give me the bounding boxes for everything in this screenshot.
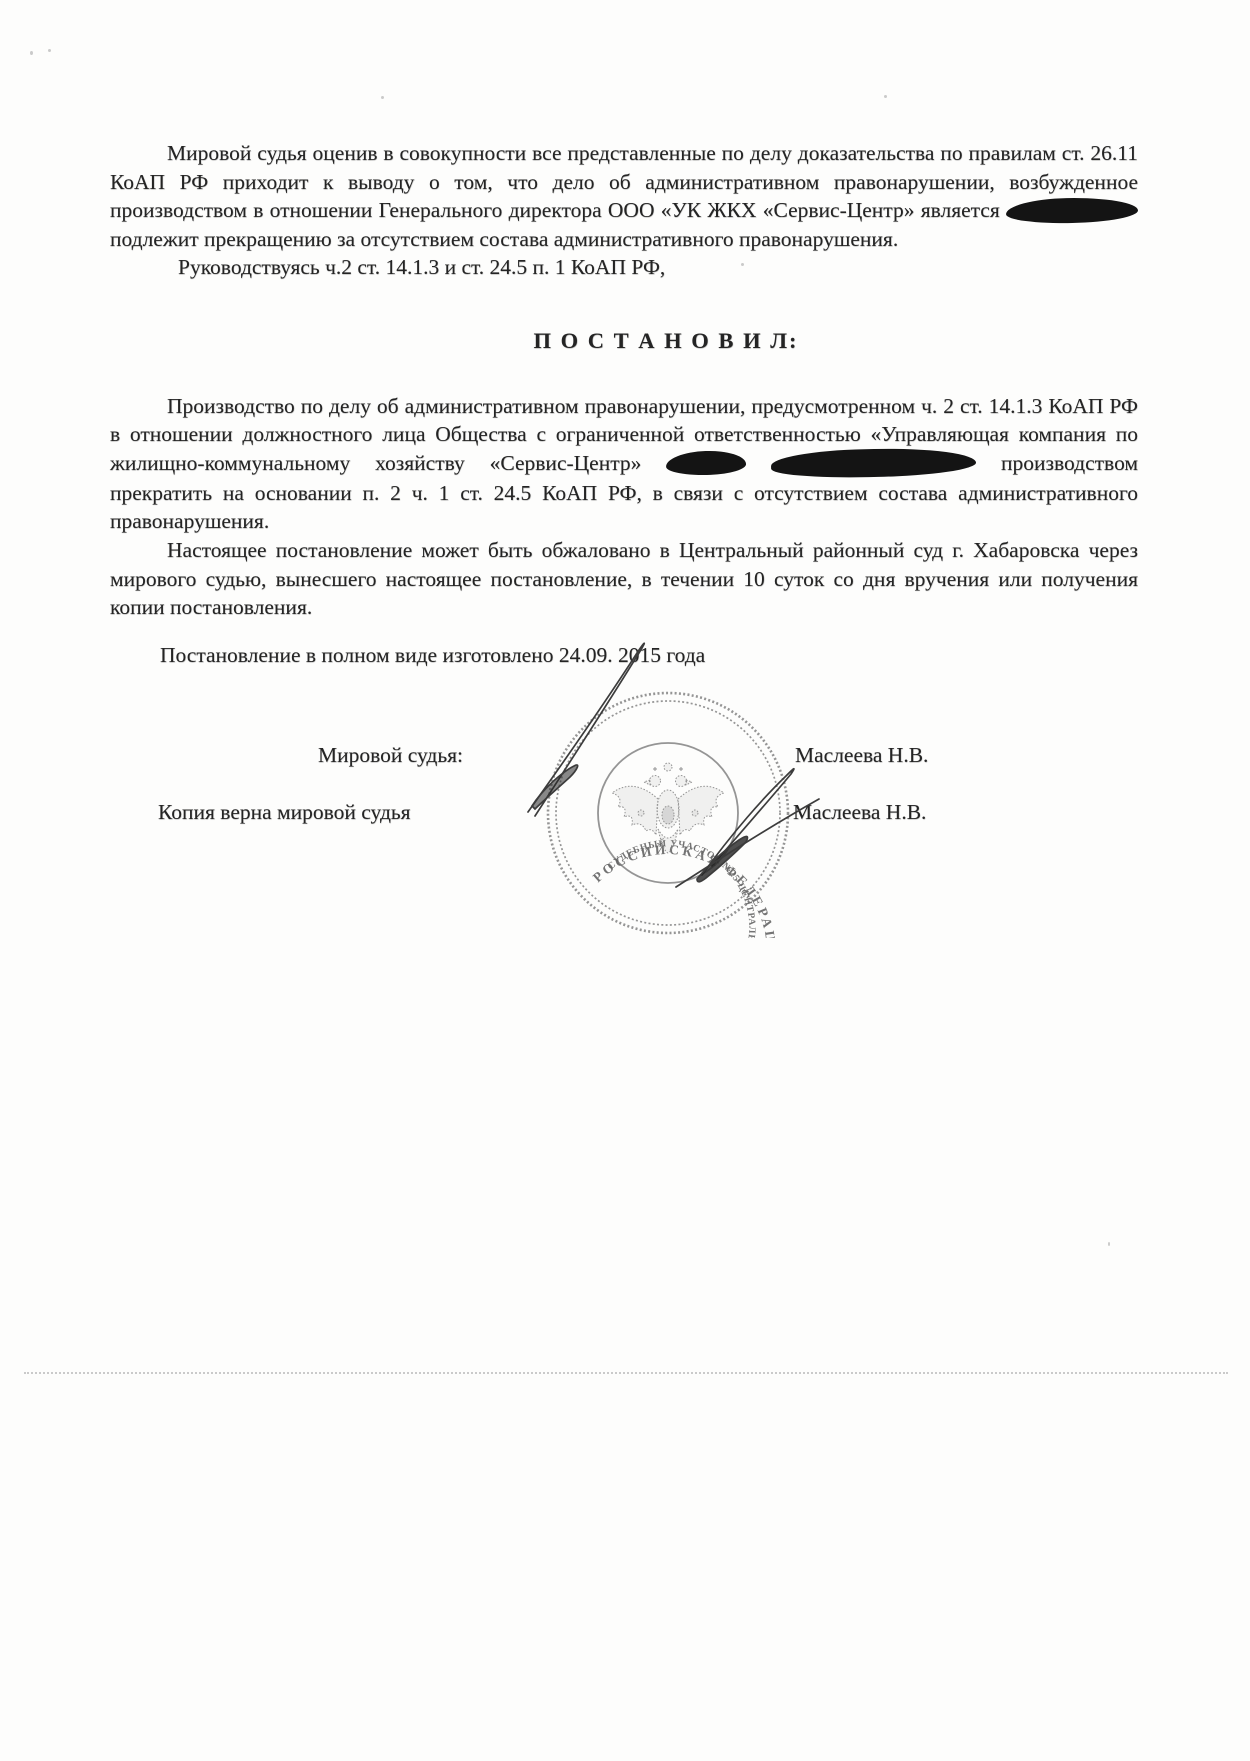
scan-speck	[381, 96, 384, 99]
scan-speck	[1108, 1242, 1110, 1246]
scan-speck	[884, 95, 887, 98]
scan-speck	[48, 49, 51, 52]
pen-signatures	[440, 590, 900, 920]
paragraph-guided-by: Руководствуясь ч.2 ст. 14.1.3 и ст. 24.5…	[110, 253, 1138, 282]
redaction-mark-fullname	[771, 446, 977, 479]
redaction-mark-surname	[666, 449, 747, 476]
paragraph-decision: Производство по делу об административном…	[110, 392, 1138, 536]
scan-speck	[30, 51, 33, 55]
scanned-court-ruling-page: Мировой судья оценив в совокупности все …	[0, 0, 1250, 1761]
signature-stroke-right-lower	[676, 799, 819, 887]
signature-loop-right	[697, 836, 747, 881]
paragraph-assessment-text-2: подлежит прекращению за отсутствием сост…	[110, 227, 898, 251]
signature-loop-judge	[532, 765, 578, 809]
paragraph-assessment: Мировой судья оценив в совокупности все …	[110, 139, 1138, 253]
redaction-mark-name	[1006, 196, 1138, 224]
scan-dotted-line	[24, 1372, 1228, 1374]
paragraph-assessment-text-1: Мировой судья оценив в совокупности все …	[110, 141, 1138, 222]
ruling-heading: П О С Т А Н О В И Л:	[152, 327, 1180, 356]
copy-certified-label: Копия верна мировой судья	[158, 800, 411, 825]
